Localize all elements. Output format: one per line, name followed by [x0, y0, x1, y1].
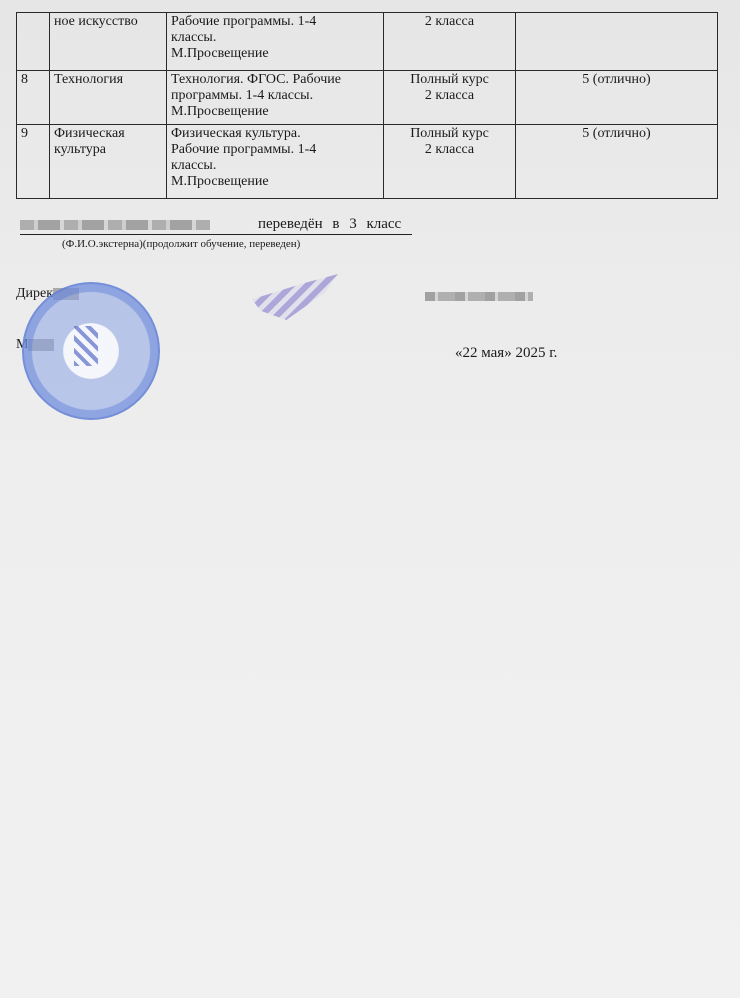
transfer-line: переведён в 3 класс	[20, 218, 412, 235]
grade-cell: 5 (отлично)	[516, 125, 718, 199]
subject-cell: Технология	[50, 71, 167, 125]
subject-cell: Физическая культура	[50, 125, 167, 199]
transfer-caption: (Ф.И.О.экстерна)(продолжит обучение, пер…	[62, 238, 300, 250]
redacted-student-name	[20, 220, 210, 230]
grade-cell: 5 (отлично)	[516, 71, 718, 125]
table-row: 9 Физическая культура Физическая культур…	[17, 125, 718, 199]
volume-cell: 2 класса	[384, 13, 516, 71]
official-stamp	[22, 282, 160, 420]
subject-cell: ное искусство	[50, 13, 167, 71]
row-number: 8	[17, 71, 50, 125]
grade-cell	[516, 13, 718, 71]
table-row: ное искусство Рабочие программы. 1-4 кла…	[17, 13, 718, 71]
row-number	[17, 13, 50, 71]
volume-cell: Полный курс 2 класса	[384, 71, 516, 125]
row-number: 9	[17, 125, 50, 199]
table-row: 8 Технология Технология. ФГОС. Рабочие п…	[17, 71, 718, 125]
volume-cell: Полный курс 2 класса	[384, 125, 516, 199]
results-table: ное искусство Рабочие программы. 1-4 кла…	[16, 12, 718, 199]
document-date: «22 мая» 2025 г.	[455, 345, 557, 362]
program-cell: Технология. ФГОС. Рабочие программы. 1-4…	[167, 71, 384, 125]
program-cell: Физическая культура. Рабочие программы. …	[167, 125, 384, 199]
director-signature	[252, 274, 338, 320]
redacted-director-name	[425, 292, 533, 301]
transfer-status: переведён в 3 класс	[258, 216, 401, 233]
program-cell: Рабочие программы. 1-4 классы. М.Просвещ…	[167, 13, 384, 71]
